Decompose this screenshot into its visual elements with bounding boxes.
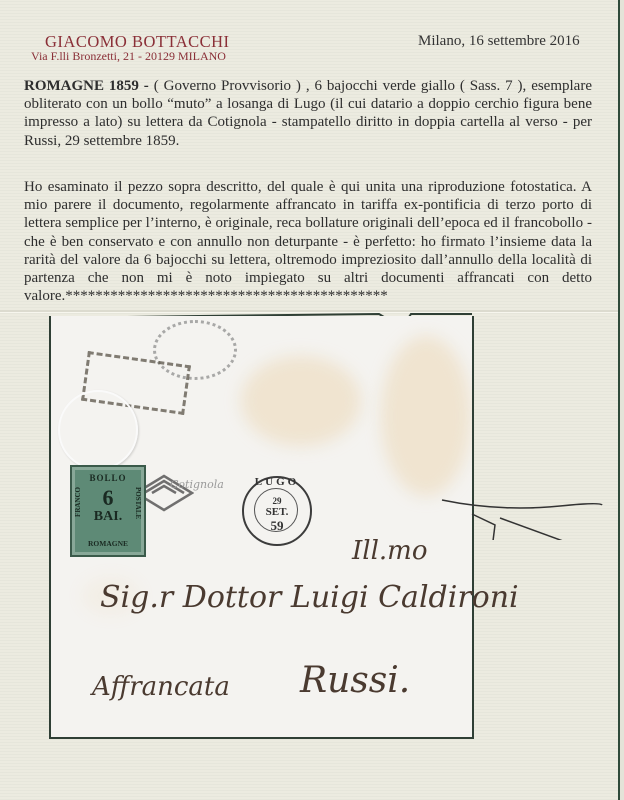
stamp-top-text: BOLLO (72, 473, 144, 483)
expert-signature (440, 470, 620, 540)
postmark-town: LUGO (244, 476, 310, 488)
pencil-note: Cotignola (170, 478, 224, 491)
postmark-day: 29 (244, 496, 310, 506)
handwritten-addressee: Sig.r Dottor Luigi Caldironi (100, 580, 519, 615)
stamp-left-text: FRANCO (74, 487, 82, 517)
handwritten-salutation: Ill.mo (352, 536, 427, 566)
datestamp-postmark: LUGO 29 SET. 59 (242, 476, 312, 546)
stamp-bottom-text: ROMAGNE (72, 539, 144, 548)
expert-address: Via F.lli Bronzetti, 21 - 20129 MILANO (31, 49, 226, 64)
postmark-year: 59 (244, 518, 310, 534)
expert-emboss-seal (58, 390, 138, 470)
certificate-date: Milano, 16 settembre 2016 (418, 33, 580, 50)
handwritten-destination: Russi. (300, 660, 410, 701)
item-title: ROMAGNE 1859 - (24, 78, 149, 94)
handwritten-franking-note: Affrancata (92, 672, 230, 702)
expert-opinion: Ho esaminato il pezzo sopra descritto, d… (24, 178, 592, 305)
stamp-right-text: POSTALE (134, 487, 142, 519)
postmark-month: SET. (244, 506, 310, 518)
frame-right-edge (620, 0, 624, 800)
item-description: ROMAGNE 1859 - ( Governo Provvisorio ) ,… (24, 77, 592, 150)
postage-stamp: BOLLO 6 BAI. FRANCO POSTALE ROMAGNE (70, 465, 146, 557)
